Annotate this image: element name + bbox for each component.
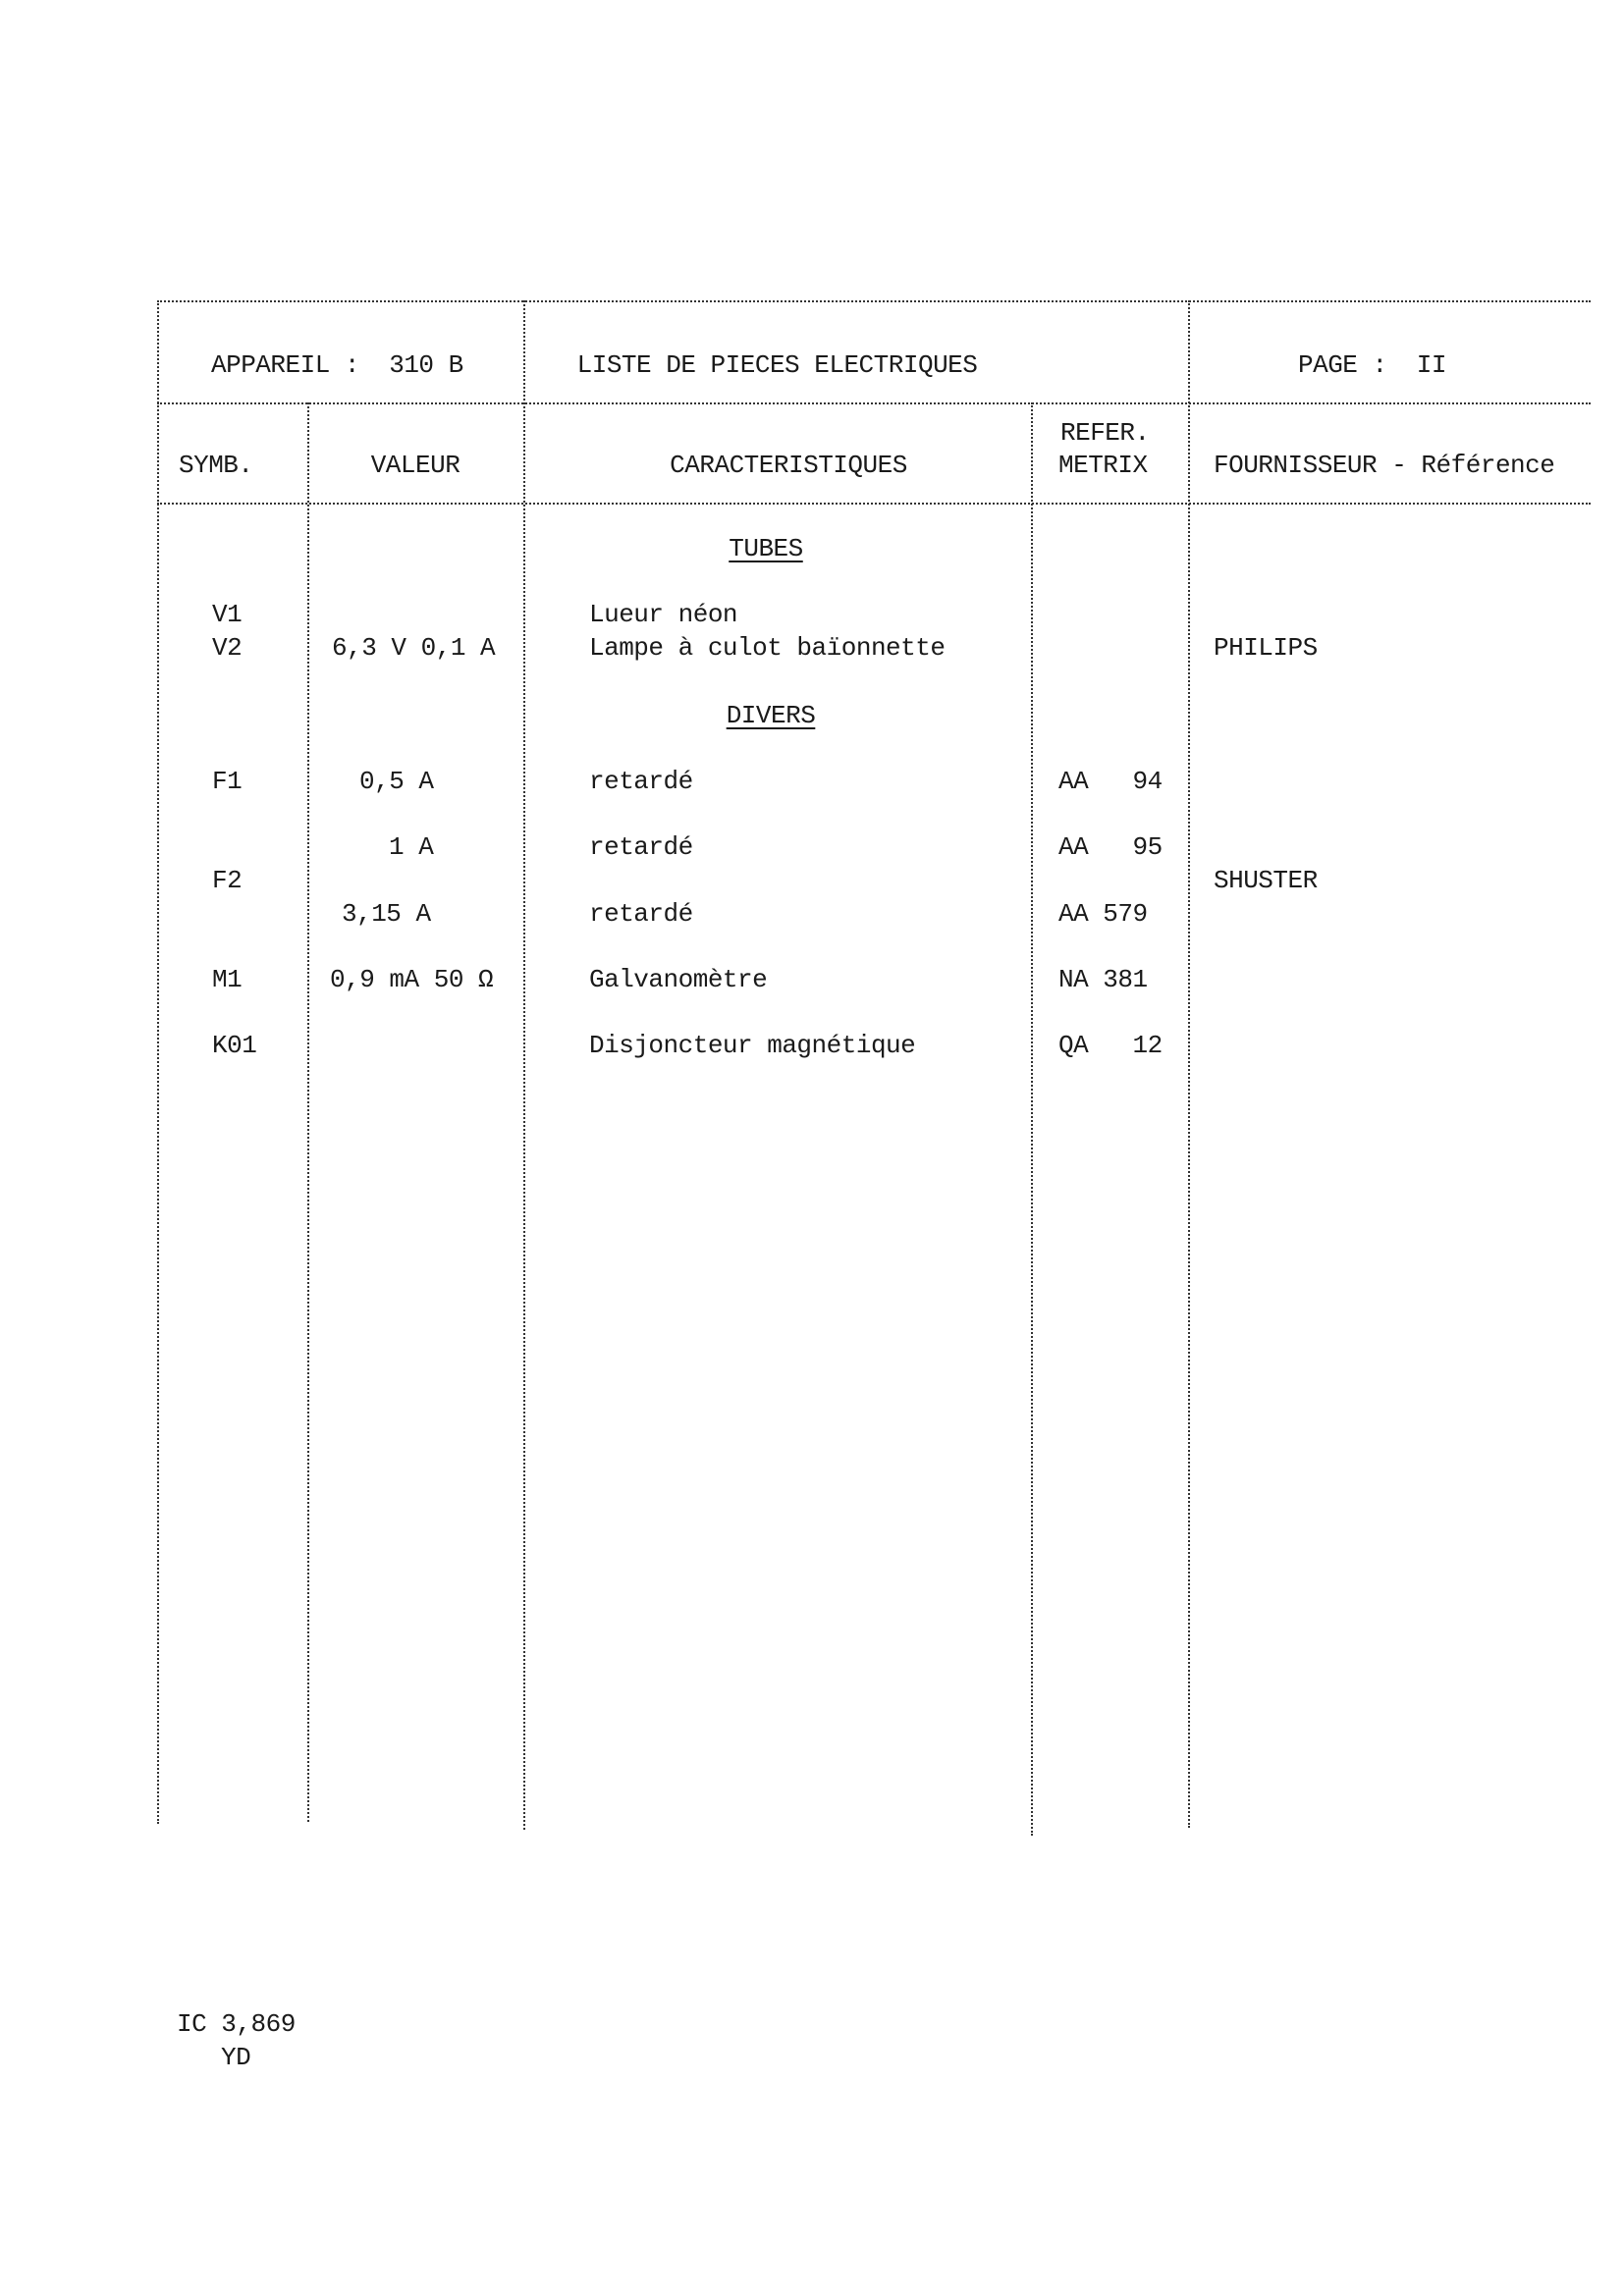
- table-row-v1-symb: V1: [212, 600, 242, 629]
- table-row-k01-refer: QA 12: [1058, 1031, 1163, 1060]
- table-row-v2-valeur: 6,3 V 0,1 A: [332, 633, 495, 663]
- column-header-fournisseur: FOURNISSEUR - Référence: [1214, 451, 1554, 480]
- table-row-f1-refer: AA 94: [1058, 767, 1163, 796]
- table-row-k01-carac: Disjoncteur magnétique: [589, 1031, 915, 1060]
- table-row-k01-symb: K01: [212, 1031, 256, 1060]
- divider-carac-refer: [1031, 402, 1033, 1836]
- table-row-v2-symb: V2: [212, 633, 242, 663]
- table-row-f2b-carac: retardé: [589, 899, 693, 929]
- section-divers: DIVERS: [692, 701, 849, 730]
- header-divider: [157, 402, 1591, 404]
- table-row-v2-fournisseur: PHILIPS: [1214, 633, 1318, 663]
- column-header-refer-line2: METRIX: [1058, 451, 1148, 480]
- divider-valeur-carac: [523, 300, 525, 1830]
- document-title: LISTE DE PIECES ELECTRIQUES: [523, 350, 1031, 380]
- table-row-m1-symb: M1: [212, 965, 242, 994]
- appareil-label: APPAREIL : 310 B: [211, 350, 463, 380]
- table-row-v1-carac: Lueur néon: [589, 600, 737, 629]
- table-row-f2b-valeur: 3,15 A: [342, 899, 431, 929]
- table-row-f2a-valeur: 1 A: [389, 832, 433, 862]
- table-row-f2-fournisseur: SHUSTER: [1214, 866, 1318, 895]
- table-row-f2a-carac: retardé: [589, 832, 693, 862]
- table-row-f2b-refer: AA 579: [1058, 899, 1148, 929]
- column-header-symb: SYMB.: [179, 451, 253, 480]
- section-tubes: TUBES: [687, 534, 844, 563]
- divider-refer-fournisseur: [1188, 300, 1190, 1828]
- column-header-valeur: VALEUR: [307, 451, 523, 480]
- column-header-caracteristiques: CARACTERISTIQUES: [523, 451, 1054, 480]
- table-top-border: [157, 300, 1591, 302]
- table-row-f2a-refer: AA 95: [1058, 832, 1163, 862]
- table-row-f1-valeur: 0,5 A: [359, 767, 434, 796]
- table-row-f1-symb: F1: [212, 767, 242, 796]
- table-row-m1-carac: Galvanomètre: [589, 965, 767, 994]
- footer-initials: YD: [221, 2043, 250, 2072]
- table-row-m1-valeur: 0,9 mA 50 Ω: [330, 965, 493, 994]
- table-left-border: [157, 300, 159, 1824]
- table-row-v2-carac: Lampe à culot baïonnette: [589, 633, 945, 663]
- table-row-f2-symb: F2: [212, 866, 242, 895]
- footer-reference-code: IC 3,869: [177, 2009, 296, 2039]
- page-number: PAGE : II: [1188, 350, 1556, 380]
- table-row-f1-carac: retardé: [589, 767, 693, 796]
- divider-symb-valeur: [307, 402, 309, 1822]
- column-header-refer-line1: REFER.: [1060, 418, 1150, 448]
- table-row-m1-refer: NA 381: [1058, 965, 1148, 994]
- column-header-divider: [157, 503, 1591, 505]
